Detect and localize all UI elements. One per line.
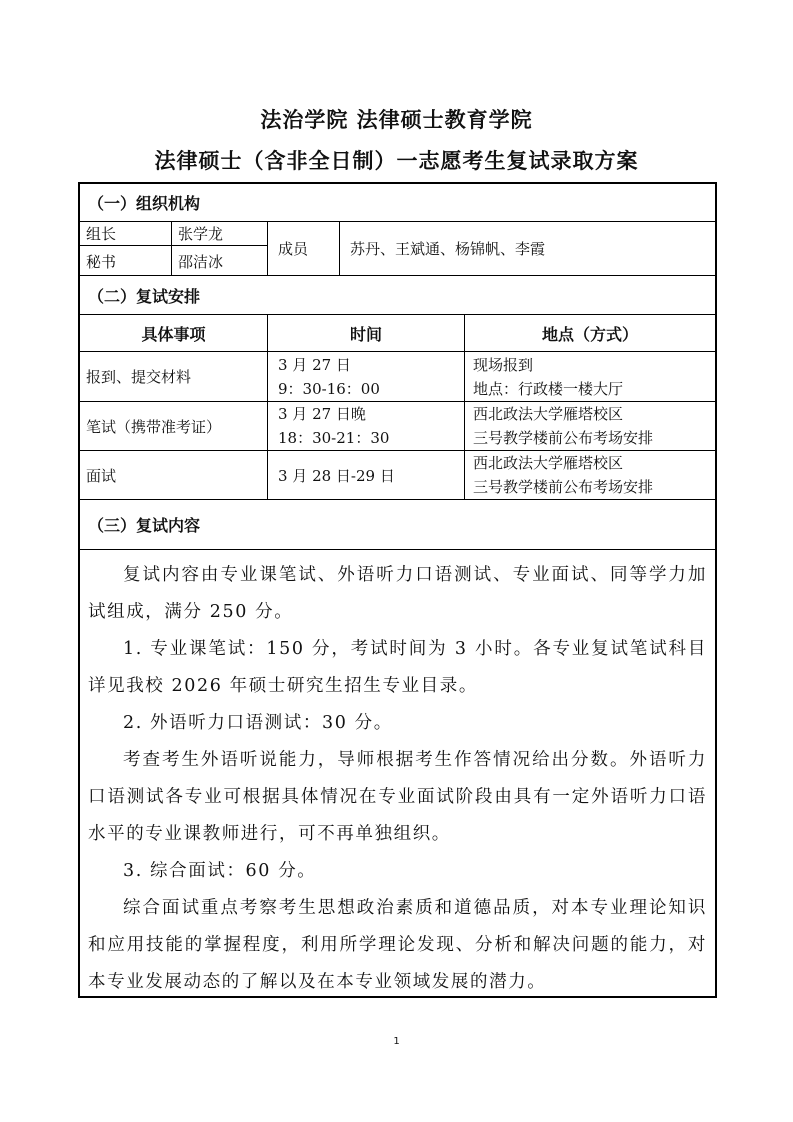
place-line1: 西北政法大学雁塔校区 (473, 451, 623, 475)
schedule-time: 3 月 27 日晚 18：30-21：30 (268, 402, 465, 450)
time-line2: 18：30-21：30 (278, 426, 389, 450)
content-paragraph: 复试内容由专业课笔试、外语听力口语测试、专业面试、同等学力加试组成，满分 250… (88, 557, 707, 631)
content-paragraph: 1. 专业课笔试：150 分，考试时间为 3 小时。各专业复试笔试科目详见我校 … (88, 631, 707, 705)
section3-heading: （三）复试内容 (80, 500, 715, 550)
schedule-header-row: 具体事项 时间 地点（方式） (80, 315, 715, 352)
section2-heading: （二）复试安排 (80, 276, 715, 315)
schedule-time: 3 月 28 日-29 日 (268, 451, 465, 499)
leader-label: 组长 (80, 222, 172, 245)
page-number: 1 (0, 1036, 793, 1047)
col-header-item: 具体事项 (80, 315, 268, 351)
schedule-item: 面试 (80, 451, 268, 499)
col-header-place: 地点（方式） (465, 315, 715, 351)
place-line1: 现场报到 (473, 353, 533, 377)
content-paragraph: 3. 综合面试：60 分。 (88, 853, 707, 890)
schedule-place: 西北政法大学雁塔校区 三号教学楼前公布考场安排 (465, 451, 715, 499)
schedule-row: 报到、提交材料 3 月 27 日 9：30-16：00 现场报到 地点：行政楼一… (80, 352, 715, 402)
members-label: 成员 (268, 222, 340, 275)
secretary-label: 秘书 (80, 246, 172, 276)
col-header-time: 时间 (268, 315, 465, 351)
place-line2: 三号教学楼前公布考场安排 (473, 426, 653, 450)
schedule-row: 面试 3 月 28 日-29 日 西北政法大学雁塔校区 三号教学楼前公布考场安排 (80, 451, 715, 500)
members-list: 苏丹、王斌通、杨锦帆、李霞 (340, 222, 715, 275)
schedule-time: 3 月 27 日 9：30-16：00 (268, 352, 465, 401)
content-paragraph: 2. 外语听力口语测试：30 分。 (88, 705, 707, 742)
leader-name: 张学龙 (172, 222, 268, 245)
secretary-name: 邵洁冰 (172, 246, 268, 276)
section1-heading: （一）组织机构 (80, 184, 715, 222)
document-title-line1: 法治学院 法律硕士教育学院 (0, 104, 793, 134)
schedule-place: 西北政法大学雁塔校区 三号教学楼前公布考场安排 (465, 402, 715, 450)
place-line1: 西北政法大学雁塔校区 (473, 402, 623, 426)
section3-content: 复试内容由专业课笔试、外语听力口语测试、专业面试、同等学力加试组成，满分 250… (80, 550, 715, 996)
org-structure-row: 组长 张学龙 秘书 邵洁冰 成员 苏丹、王斌通、杨锦帆、李霞 (80, 222, 715, 276)
place-line2: 地点：行政楼一楼大厅 (473, 377, 623, 401)
document-title-line2: 法律硕士（含非全日制）一志愿考生复试录取方案 (0, 145, 793, 175)
content-paragraph: 考查考生外语听说能力，导师根据考生作答情况给出分数。外语听力口语测试各专业可根据… (88, 742, 707, 853)
schedule-item: 笔试（携带准考证） (80, 402, 268, 450)
schedule-row: 笔试（携带准考证） 3 月 27 日晚 18：30-21：30 西北政法大学雁塔… (80, 402, 715, 451)
schedule-place: 现场报到 地点：行政楼一楼大厅 (465, 352, 715, 401)
time-line1: 3 月 27 日晚 (278, 402, 366, 426)
content-paragraph: 综合面试重点考察考生思想政治素质和道德品质，对本专业理论知识和应用技能的掌握程度… (88, 890, 707, 1001)
plan-table: （一）组织机构 组长 张学龙 秘书 邵洁冰 成员 苏丹、王斌通、杨锦帆、李霞 （… (78, 182, 717, 998)
schedule-item: 报到、提交材料 (80, 352, 268, 401)
place-line2: 三号教学楼前公布考场安排 (473, 475, 653, 499)
time-line1: 3 月 27 日 (278, 353, 351, 377)
time-line2: 9：30-16：00 (278, 377, 380, 401)
